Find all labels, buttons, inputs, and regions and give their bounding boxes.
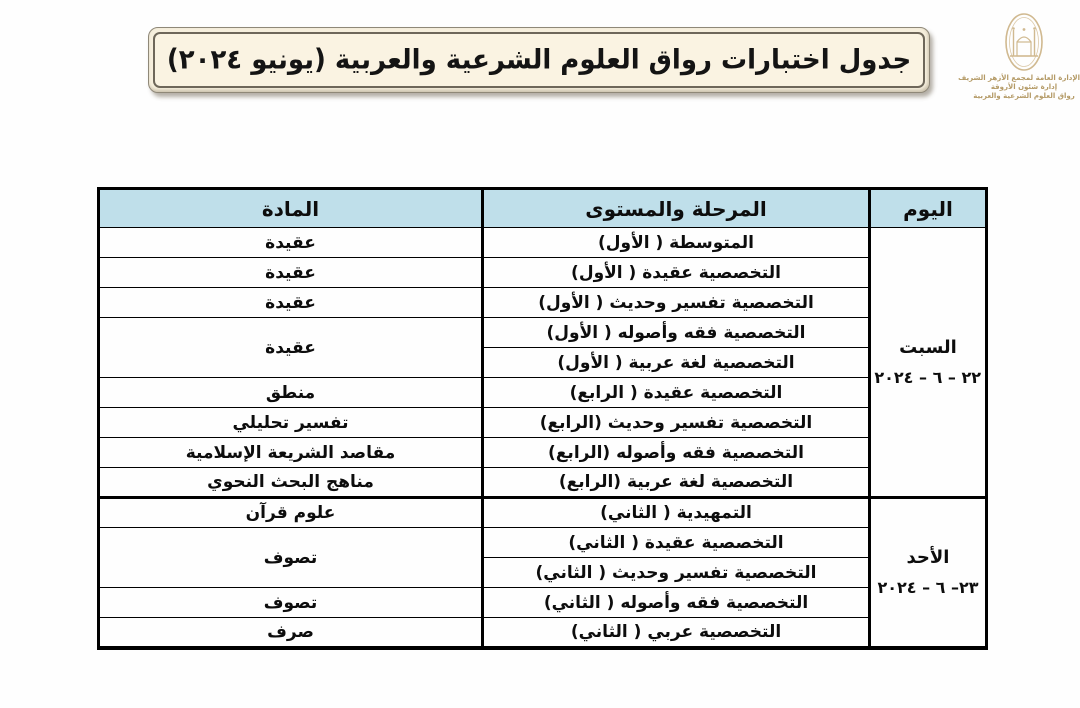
schedule-row: التخصصية تفسير وحديث (الرابع)تفسير تحليل… xyxy=(99,408,987,438)
exam-schedule-table: اليوم المرحلة والمستوى المادة السبت٢٢ – … xyxy=(97,187,988,650)
day-cell: السبت٢٢ – ٦ – ٢٠٢٤ xyxy=(870,228,987,498)
document-page: جدول اختبارات رواق العلوم الشرعية والعرب… xyxy=(0,0,1080,708)
subject-cell: تفسير تحليلي xyxy=(99,408,483,438)
stage-level-cell: التخصصية عقيدة ( الرابع) xyxy=(483,378,870,408)
schedule-row: التخصصية فقه وأصوله (الرابع)مقاصد الشريع… xyxy=(99,438,987,468)
subject-cell: مقاصد الشريعة الإسلامية xyxy=(99,438,483,468)
header-stage: المرحلة والمستوى xyxy=(483,189,870,228)
subject-cell: منطق xyxy=(99,378,483,408)
al-azhar-logo: الإدارة العامة لمجمع الأزهر الشريف إدارة… xyxy=(968,12,1080,101)
logo-caption-line-1: الإدارة العامة لمجمع الأزهر الشريف xyxy=(968,74,1080,83)
subject-cell: عقيدة xyxy=(99,288,483,318)
stage-level-cell: التخصصية تفسير وحديث (الرابع) xyxy=(483,408,870,438)
day-cell: الأحد٢٣– ٦ – ٢٠٢٤ xyxy=(870,498,987,648)
schedule-row: التخصصية عقيدة ( الرابع)منطق xyxy=(99,378,987,408)
title-banner-inner: جدول اختبارات رواق العلوم الشرعية والعرب… xyxy=(153,32,925,88)
stage-level-cell: التمهيدية ( الثاني) xyxy=(483,498,870,528)
subject-cell: عقيدة xyxy=(99,228,483,258)
subject-cell: علوم قرآن xyxy=(99,498,483,528)
schedule-row: الأحد٢٣– ٦ – ٢٠٢٤التمهيدية ( الثاني)علوم… xyxy=(99,498,987,528)
stage-level-cell: المتوسطة ( الأول) xyxy=(483,228,870,258)
header-day: اليوم xyxy=(870,189,987,228)
subject-cell: تصوف xyxy=(99,528,483,588)
stage-level-cell: التخصصية فقه وأصوله (الرابع) xyxy=(483,438,870,468)
schedule-row: التخصصية تفسير وحديث ( الأول)عقيدة xyxy=(99,288,987,318)
day-name: السبت xyxy=(875,337,981,358)
subject-cell: عقيدة xyxy=(99,318,483,378)
stage-level-cell: التخصصية لغة عربية ( الأول) xyxy=(483,348,870,378)
stage-level-cell: التخصصية عقيدة ( الثاني) xyxy=(483,528,870,558)
schedule-row: التخصصية عقيدة ( الثاني)تصوف xyxy=(99,528,987,558)
stage-level-cell: التخصصية لغة عربية (الرابع) xyxy=(483,468,870,498)
stage-level-cell: التخصصية فقه وأصوله ( الأول) xyxy=(483,318,870,348)
stage-level-cell: التخصصية عقيدة ( الأول) xyxy=(483,258,870,288)
schedule-row: التخصصية فقه وأصوله ( الثاني)تصوف xyxy=(99,588,987,618)
header-subject: المادة xyxy=(99,189,483,228)
page-title: جدول اختبارات رواق العلوم الشرعية والعرب… xyxy=(167,44,911,76)
day-date: ٢٣– ٦ – ٢٠٢٤ xyxy=(875,578,981,597)
schedule-row: التخصصية عربي ( الثاني)صرف xyxy=(99,618,987,648)
stage-level-cell: التخصصية تفسير وحديث ( الثاني) xyxy=(483,558,870,588)
subject-cell: صرف xyxy=(99,618,483,648)
subject-cell: عقيدة xyxy=(99,258,483,288)
subject-cell: تصوف xyxy=(99,588,483,618)
logo-caption-line-3: رواق العلوم الشرعية والعربية xyxy=(968,92,1080,101)
logo-caption: الإدارة العامة لمجمع الأزهر الشريف إدارة… xyxy=(968,74,1080,101)
schedule-row: السبت٢٢ – ٦ – ٢٠٢٤المتوسطة ( الأول)عقيدة xyxy=(99,228,987,258)
day-date: ٢٢ – ٦ – ٢٠٢٤ xyxy=(875,368,981,387)
stage-level-cell: التخصصية عربي ( الثاني) xyxy=(483,618,870,648)
day-name: الأحد xyxy=(875,547,981,568)
schedule-row: التخصصية لغة عربية (الرابع)مناهج البحث ا… xyxy=(99,468,987,498)
subject-cell: مناهج البحث النحوي xyxy=(99,468,483,498)
schedule-row: التخصصية فقه وأصوله ( الأول)عقيدة xyxy=(99,318,987,348)
title-banner: جدول اختبارات رواق العلوم الشرعية والعرب… xyxy=(148,27,930,93)
stage-level-cell: التخصصية فقه وأصوله ( الثاني) xyxy=(483,588,870,618)
table-header-row: اليوم المرحلة والمستوى المادة xyxy=(99,189,987,228)
mosque-emblem-icon xyxy=(998,12,1050,72)
schedule-row: التخصصية عقيدة ( الأول)عقيدة xyxy=(99,258,987,288)
logo-caption-line-2: إدارة شئون الأروقة xyxy=(968,83,1080,92)
stage-level-cell: التخصصية تفسير وحديث ( الأول) xyxy=(483,288,870,318)
